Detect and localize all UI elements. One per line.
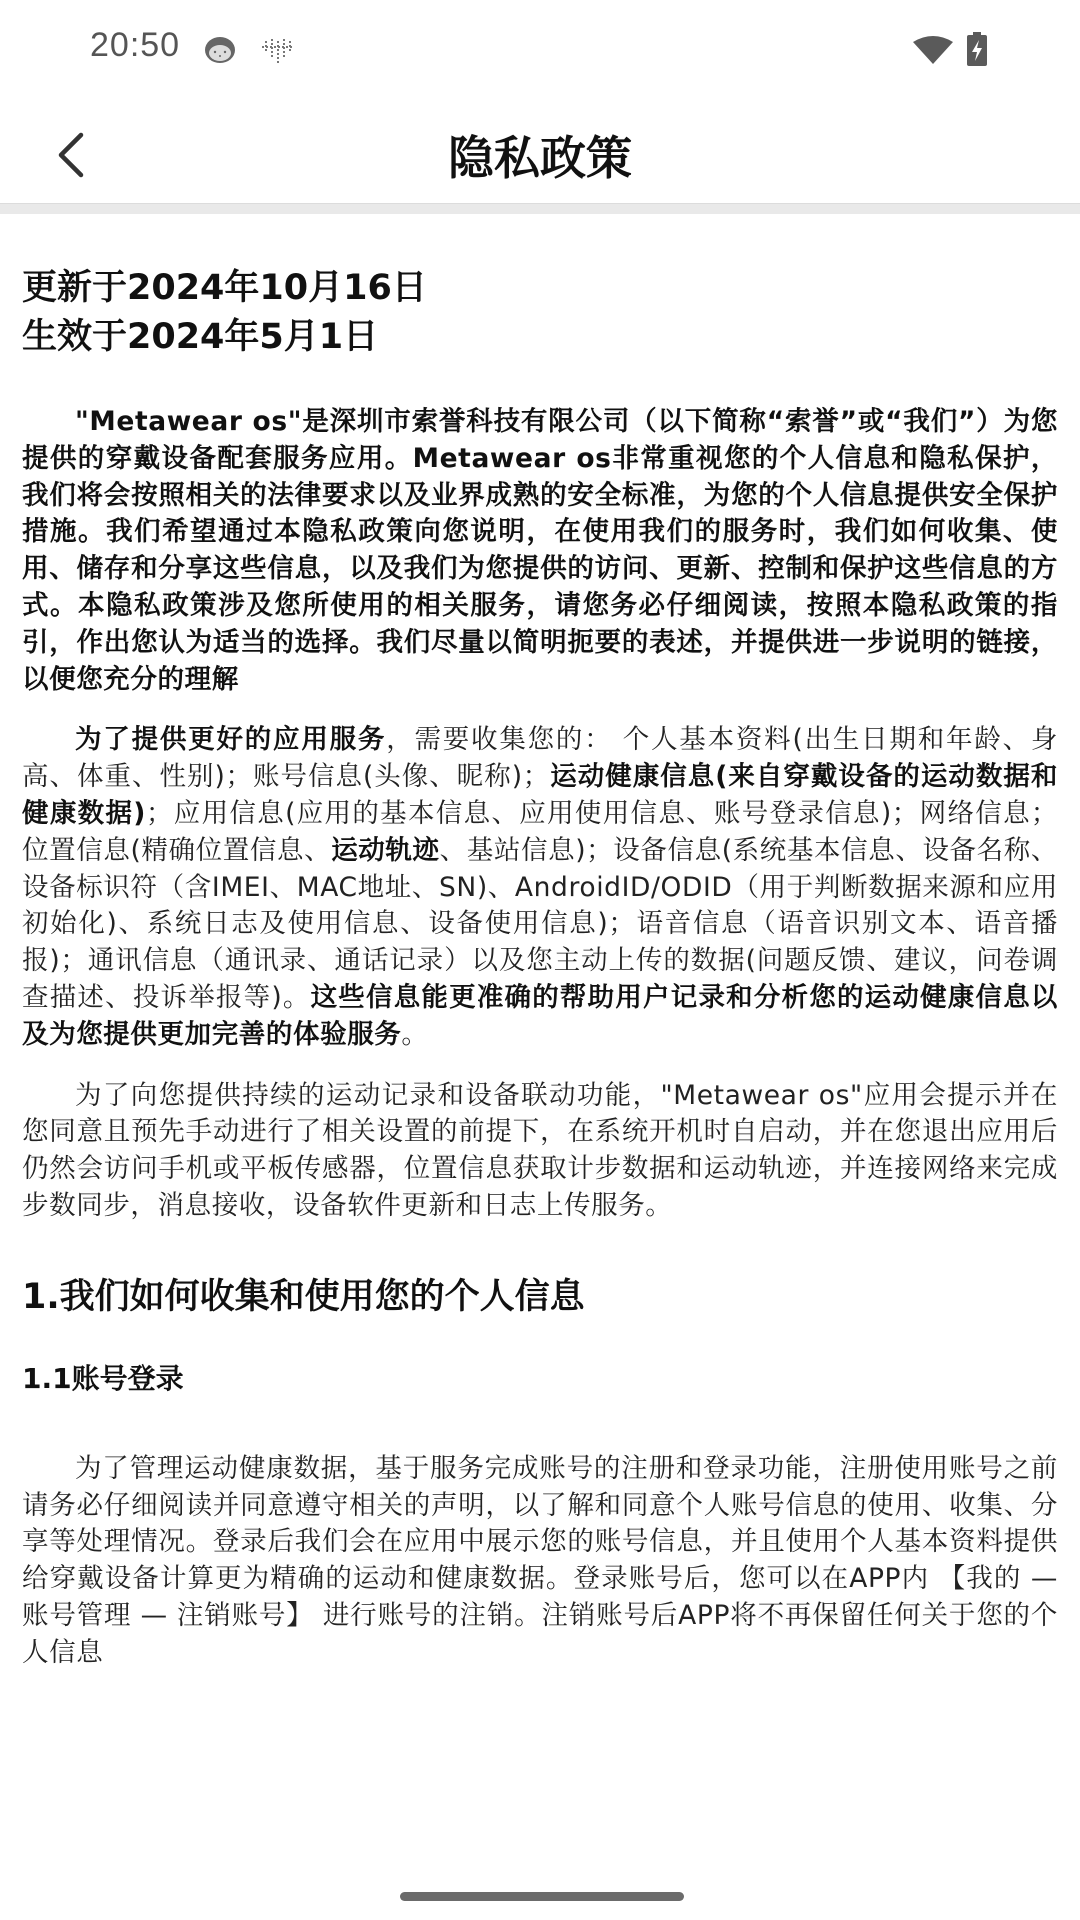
collect-end: 。: [401, 1019, 428, 1050]
page-title: 隐私政策: [0, 122, 1080, 188]
header-divider: [0, 203, 1080, 214]
data-collection-paragraph: 为了提供更好的应用服务，需要收集您的： 个人基本资料(出生日期和年龄、身高、体重…: [22, 722, 1058, 1053]
updated-date: 更新于2024年10月16日: [22, 264, 1058, 313]
wifi-icon: [912, 34, 954, 64]
intro-paragraph: "Metawear os"是深圳市索誉科技有限公司（以下简称“索誉”或“我们”）…: [22, 404, 1058, 698]
account-login-paragraph: 为了管理运动健康数据，基于服务完成账号的注册和登录功能，注册使用账号之前请务必仔…: [22, 1451, 1058, 1672]
collect-lead: 为了提供更好的应用服务: [75, 724, 386, 755]
policy-content[interactable]: 更新于2024年10月16日 生效于2024年5月1日 "Metawear os…: [0, 214, 1080, 1869]
battery-charging-icon: [966, 32, 988, 66]
app-notification-icon: [260, 35, 296, 65]
collect-bold-track: 运动轨迹: [331, 835, 439, 866]
face-notification-icon: [204, 35, 236, 65]
autostart-paragraph: 为了向您提供持续的运动记录和设备联动功能，"Metawear os"应用会提示并…: [22, 1078, 1058, 1225]
app-header: 隐私政策: [0, 100, 1080, 203]
policy-dates: 更新于2024年10月16日 生效于2024年5月1日: [22, 264, 1058, 362]
status-bar: 20:50: [0, 0, 1080, 100]
section-1-heading: 1.我们如何收集和使用您的个人信息: [22, 1273, 1058, 1321]
status-time: 20:50: [90, 26, 180, 65]
effective-date: 生效于2024年5月1日: [22, 313, 1058, 362]
section-1-1-heading: 1.1账号登录: [22, 1359, 1058, 1399]
home-indicator[interactable]: [400, 1892, 684, 1901]
